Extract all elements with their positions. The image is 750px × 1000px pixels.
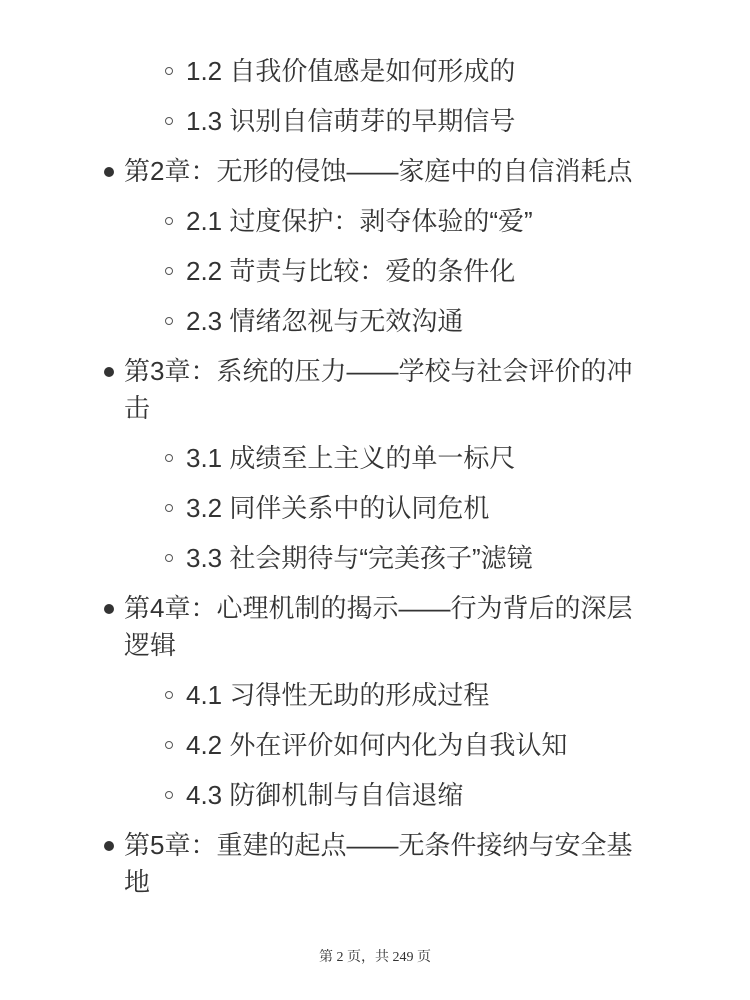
toc-section-label: 2.1 过度保护：剥夺体验的“爱” [186,206,533,236]
toc-chapter-title: 第5章：重建的起点——无条件接纳与安全基地 [124,830,632,897]
document-page: 1.2 自我价值感是如何形成的 1.3 识别自信萌芽的早期信号 第2章：无形的侵… [0,0,750,1000]
page-footer: 第 2 页，共 249 页 [0,946,750,966]
toc-section-item: 3.1 成绩至上主义的单一标尺 [186,440,644,477]
toc-section-list: 4.1 习得性无助的形成过程 4.2 外在评价如何内化为自我认知 4.3 防御机… [124,677,644,814]
circle-bullet-icon [165,504,173,512]
toc-section-item: 2.2 苛责与比较：爱的条件化 [186,253,644,290]
toc-section-label: 3.3 社会期待与“完美孩子”滤镜 [186,543,533,573]
toc-chapter-title: 第4章：心理机制的揭示——行为背后的深层逻辑 [124,593,632,660]
circle-bullet-icon [165,117,173,125]
toc-section-item: 3.2 同伴关系中的认同危机 [186,490,644,527]
toc-section-item: 1.2 自我价值感是如何形成的 [186,53,646,90]
toc-chapter-item: 第4章：心理机制的揭示——行为背后的深层逻辑 4.1 习得性无助的形成过程 4.… [124,590,644,814]
page-number-indicator: 第 2 页，共 249 页 [319,950,431,965]
circle-bullet-icon [165,267,173,275]
circle-bullet-icon [165,791,173,799]
circle-bullet-icon [165,217,173,225]
circle-bullet-icon [165,454,173,462]
table-of-contents: 1.2 自我价值感是如何形成的 1.3 识别自信萌芽的早期信号 第2章：无形的侵… [0,53,646,901]
toc-section-label: 3.1 成绩至上主义的单一标尺 [186,443,515,473]
toc-section-list: 3.1 成绩至上主义的单一标尺 3.2 同伴关系中的认同危机 3.3 社会期待与… [124,440,644,577]
toc-section-item: 4.3 防御机制与自信退缩 [186,777,644,814]
toc-section-item: 1.3 识别自信萌芽的早期信号 [186,103,646,140]
toc-section-label: 1.3 识别自信萌芽的早期信号 [186,106,515,136]
toc-section-item: 2.3 情绪忽视与无效沟通 [186,303,644,340]
toc-chapter-item: 第5章：重建的起点——无条件接纳与安全基地 [124,827,644,901]
toc-section-list-continued: 1.2 自我价值感是如何形成的 1.3 识别自信萌芽的早期信号 [0,53,646,140]
toc-section-label: 2.3 情绪忽视与无效沟通 [186,306,463,336]
toc-section-item: 4.2 外在评价如何内化为自我认知 [186,727,644,764]
toc-section-item: 2.1 过度保护：剥夺体验的“爱” [186,203,644,240]
toc-section-label: 4.3 防御机制与自信退缩 [186,780,463,810]
toc-chapter-title: 第3章：系统的压力——学校与社会评价的冲击 [124,356,632,423]
circle-bullet-icon [165,741,173,749]
circle-bullet-icon [165,554,173,562]
toc-chapter-item: 第3章：系统的压力——学校与社会评价的冲击 3.1 成绩至上主义的单一标尺 3.… [124,353,644,577]
circle-bullet-icon [165,691,173,699]
toc-section-item: 3.3 社会期待与“完美孩子”滤镜 [186,540,644,577]
toc-section-label: 2.2 苛责与比较：爱的条件化 [186,256,515,286]
toc-chapter-item: 第2章：无形的侵蚀——家庭中的自信消耗点 2.1 过度保护：剥夺体验的“爱” 2… [124,153,644,340]
toc-section-list: 2.1 过度保护：剥夺体验的“爱” 2.2 苛责与比较：爱的条件化 2.3 情绪… [124,203,644,340]
toc-section-label: 4.1 习得性无助的形成过程 [186,680,489,710]
toc-section-label: 3.2 同伴关系中的认同危机 [186,493,489,523]
toc-section-item: 4.1 习得性无助的形成过程 [186,677,644,714]
toc-chapter-title: 第2章：无形的侵蚀——家庭中的自信消耗点 [124,156,632,186]
disc-bullet-icon [104,604,114,614]
circle-bullet-icon [165,67,173,75]
disc-bullet-icon [104,167,114,177]
circle-bullet-icon [165,317,173,325]
toc-section-label: 1.2 自我价值感是如何形成的 [186,56,515,86]
disc-bullet-icon [104,367,114,377]
toc-section-label: 4.2 外在评价如何内化为自我认知 [186,730,567,760]
disc-bullet-icon [104,841,114,851]
toc-chapter-list: 第2章：无形的侵蚀——家庭中的自信消耗点 2.1 过度保护：剥夺体验的“爱” 2… [0,153,644,901]
